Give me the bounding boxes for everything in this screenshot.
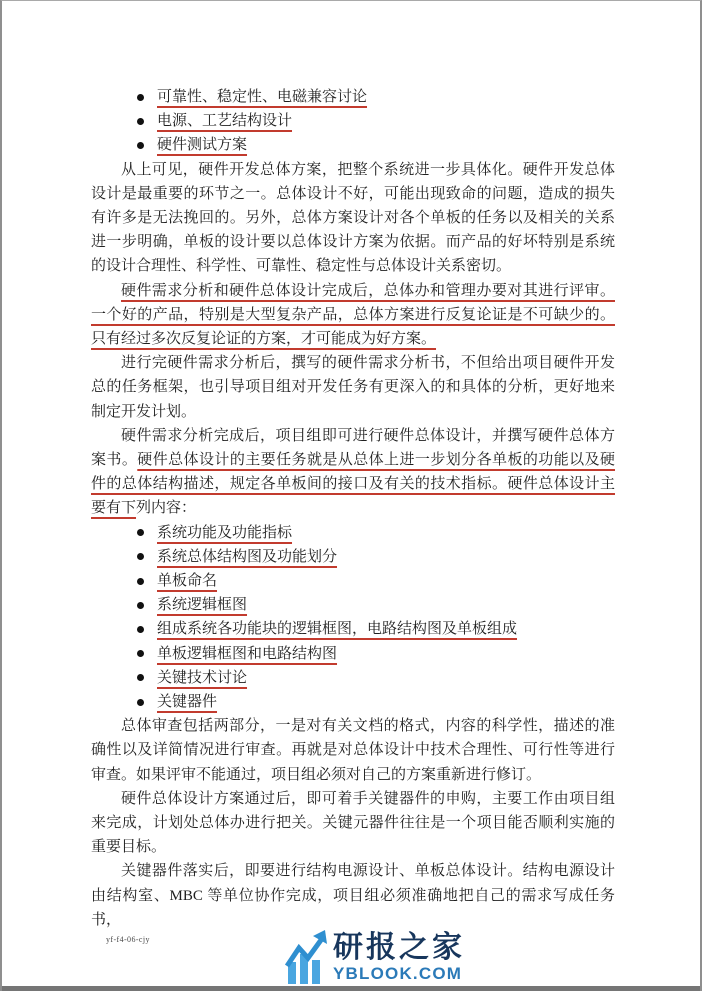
list-item-text: 关键技术讨论 — [157, 666, 247, 690]
list-item-text: 单板逻辑框图和电路结构图 — [157, 642, 337, 666]
logo-domain: YBLOOK.COM — [333, 964, 465, 984]
bullet-icon — [137, 553, 144, 560]
bullet-icon — [137, 142, 144, 149]
list-item: 系统总体结构图及功能划分 — [91, 545, 615, 569]
paragraph: 硬件总体设计方案通过后，即可着手关键器件的申购，主要工作由项目组来完成，计划处总… — [91, 787, 615, 860]
paragraph-text-underlined: 硬件需求分析和硬件总体设计完成后，总体办和管理办要对其进行评审。一个好的产品，特… — [91, 283, 615, 347]
list-item: 关键器件 — [91, 690, 615, 714]
logo-text: 研报之家 YBLOOK.COM — [333, 932, 465, 984]
bullet-icon — [137, 529, 144, 536]
document-footer-code: yf-f4-06-cjy — [106, 935, 150, 944]
paragraph: 关键器件落实后，即要进行结构电源设计、单板总体设计。结构电源设计由结构室、MBC… — [91, 859, 615, 932]
list-item: 电源、工艺结构设计 — [91, 109, 615, 133]
list-item: 系统功能及功能指标 — [91, 521, 615, 545]
bullet-icon — [137, 650, 144, 657]
bullet-icon — [137, 602, 144, 609]
list-item: 硬件测试方案 — [91, 133, 615, 157]
paragraph: 硬件需求分析完成后，项目组即可进行硬件总体设计，并撰写硬件总体方案书。硬件总体设… — [91, 424, 615, 521]
paragraph-text: 从上可见，硬件开发总体方案，把整个系统进一步具体化。硬件开发总体设计是最重要的环… — [91, 162, 615, 275]
list-item-text: 组成系统各功能块的逻辑框图，电路结构图及单板组成 — [157, 617, 517, 641]
list-item-text: 电源、工艺结构设计 — [157, 109, 292, 133]
list-item: 关键技术讨论 — [91, 666, 615, 690]
list-item-text: 单板命名 — [157, 569, 217, 593]
paragraph-text: 硬件总体设计方案通过后，即可着手关键器件的申购，主要工作由项目组来完成，计划处总… — [91, 791, 615, 855]
paragraph: 硬件需求分析和硬件总体设计完成后，总体办和管理办要对其进行评审。一个好的产品，特… — [91, 279, 615, 352]
list-item: 单板逻辑框图和电路结构图 — [91, 642, 615, 666]
bullet-icon — [137, 118, 144, 125]
list-item-text: 系统功能及功能指标 — [157, 521, 292, 545]
bullet-icon — [137, 94, 144, 101]
list-item: 可靠性、稳定性、电磁兼容讨论 — [91, 85, 615, 109]
list-item-text: 硬件测试方案 — [157, 133, 247, 157]
list-item: 单板命名 — [91, 569, 615, 593]
list-item: 组成系统各功能块的逻辑框图，电路结构图及单板组成 — [91, 617, 615, 641]
paragraph-text: 列内容： — [136, 500, 196, 516]
bar-chart-arrow-icon — [285, 928, 327, 984]
bullet-icon — [137, 578, 144, 585]
bullet-icon — [137, 626, 144, 633]
paragraph: 总体审查包括两部分，一是对有关文档的格式，内容的科学性，描述的准确性以及详简情况… — [91, 714, 615, 787]
page-bottom-bar — [2, 986, 700, 991]
document-page: 可靠性、稳定性、电磁兼容讨论 电源、工艺结构设计 硬件测试方案 从上可见，硬件开… — [0, 0, 702, 991]
logo-title: 研报之家 — [333, 932, 465, 964]
bullet-icon — [137, 674, 144, 681]
document-content: 可靠性、稳定性、电磁兼容讨论 电源、工艺结构设计 硬件测试方案 从上可见，硬件开… — [91, 85, 615, 932]
paragraph-text: 总体审查包括两部分，一是对有关文档的格式，内容的科学性，描述的准确性以及详简情况… — [91, 718, 615, 782]
paragraph: 进行完硬件需求分析后，撰写的硬件需求分析书，不但给出项目硬件开发总的任务框架，也… — [91, 351, 615, 424]
paragraph-text: 进行完硬件需求分析后，撰写的硬件需求分析书，不但给出项目硬件开发总的任务框架，也… — [91, 355, 615, 419]
list-item-text: 可靠性、稳定性、电磁兼容讨论 — [157, 85, 367, 109]
bullet-icon — [137, 699, 144, 706]
list-item-text: 系统逻辑框图 — [157, 593, 247, 617]
paragraph: 从上可见，硬件开发总体方案，把整个系统进一步具体化。硬件开发总体设计是最重要的环… — [91, 158, 615, 279]
list-item-text: 关键器件 — [157, 690, 217, 714]
list-item: 系统逻辑框图 — [91, 593, 615, 617]
list-item-text: 系统总体结构图及功能划分 — [157, 545, 337, 569]
paragraph-text: 关键器件落实后，即要进行结构电源设计、单板总体设计。结构电源设计由结构室、MBC… — [91, 863, 615, 927]
yblook-logo: 研报之家 YBLOOK.COM — [285, 928, 465, 984]
